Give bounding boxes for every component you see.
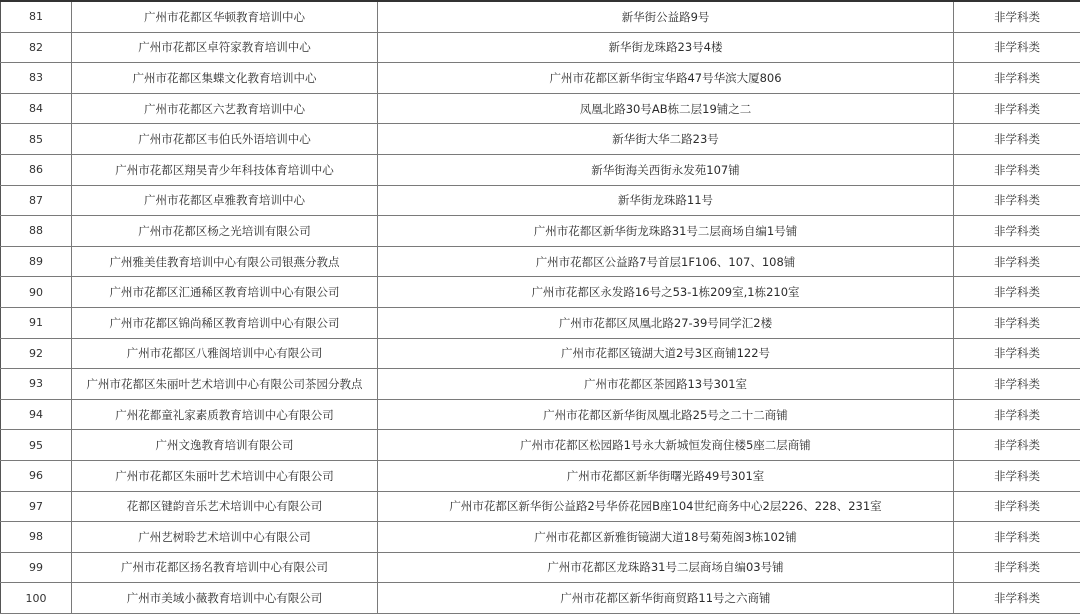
- institution-address: 新华街大华二路23号: [378, 124, 954, 155]
- institution-type: 非学科类: [954, 552, 1080, 583]
- table-row: 81广州市花都区华顿教育培训中心新华街公益路9号非学科类: [1, 2, 1080, 32]
- table-row: 85广州市花都区韦伯氏外语培训中心新华街大华二路23号非学科类: [1, 124, 1080, 155]
- institution-type: 非学科类: [954, 154, 1080, 185]
- institution-type: 非学科类: [954, 277, 1080, 308]
- institution-name: 广州市花都区八雅阁培训中心有限公司: [72, 338, 378, 369]
- row-number: 89: [1, 246, 72, 277]
- institution-type: 非学科类: [954, 583, 1080, 614]
- institution-address: 广州市花都区新华街曙光路49号301室: [378, 460, 954, 491]
- institution-name: 广州市花都区六艺教育培训中心: [72, 93, 378, 124]
- institution-address: 广州市花都区茶园路13号301室: [378, 369, 954, 400]
- row-number: 91: [1, 307, 72, 338]
- row-number: 96: [1, 460, 72, 491]
- institution-type: 非学科类: [954, 216, 1080, 247]
- institution-type: 非学科类: [954, 522, 1080, 553]
- table-row: 89广州雅美佳教育培训中心有限公司银燕分教点广州市花都区公益路7号首层1F106…: [1, 246, 1080, 277]
- institution-address: 新华街公益路9号: [378, 2, 954, 32]
- institution-name: 花都区键韵音乐艺术培训中心有限公司: [72, 491, 378, 522]
- row-number: 97: [1, 491, 72, 522]
- row-number: 90: [1, 277, 72, 308]
- row-number: 88: [1, 216, 72, 247]
- institution-address: 广州市花都区永发路16号之53-1栋209室,1栋210室: [378, 277, 954, 308]
- institution-address: 新华街龙珠路23号4楼: [378, 32, 954, 63]
- row-number: 85: [1, 124, 72, 155]
- institution-name: 广州艺树聆艺术培训中心有限公司: [72, 522, 378, 553]
- institution-type: 非学科类: [954, 338, 1080, 369]
- institution-type: 非学科类: [954, 246, 1080, 277]
- table-row: 92广州市花都区八雅阁培训中心有限公司广州市花都区镜湖大道2号3区商铺122号非…: [1, 338, 1080, 369]
- table-row: 83广州市花都区集蝶文化教育培训中心广州市花都区新华街宝华路47号华滨大厦806…: [1, 63, 1080, 94]
- institution-type: 非学科类: [954, 124, 1080, 155]
- institution-address: 广州市花都区新华街凤凰北路25号之二十二商铺: [378, 399, 954, 430]
- table-row: 93广州市花都区朱丽叶艺术培训中心有限公司茶园分教点广州市花都区茶园路13号30…: [1, 369, 1080, 400]
- row-number: 92: [1, 338, 72, 369]
- table-row: 90广州市花都区汇通稀区教育培训中心有限公司广州市花都区永发路16号之53-1栋…: [1, 277, 1080, 308]
- institution-type: 非学科类: [954, 32, 1080, 63]
- table-row: 82广州市花都区卓符家教育培训中心新华街龙珠路23号4楼非学科类: [1, 32, 1080, 63]
- institution-name: 广州花都童礼家素质教育培训中心有限公司: [72, 399, 378, 430]
- row-number: 83: [1, 63, 72, 94]
- institution-name: 广州雅美佳教育培训中心有限公司银燕分教点: [72, 246, 378, 277]
- row-number: 94: [1, 399, 72, 430]
- institution-type: 非学科类: [954, 460, 1080, 491]
- row-number: 84: [1, 93, 72, 124]
- institution-address: 新华街海关西街永发苑107铺: [378, 154, 954, 185]
- institution-name: 广州市花都区锦尚稀区教育培训中心有限公司: [72, 307, 378, 338]
- institution-address: 广州市花都区镜湖大道2号3区商铺122号: [378, 338, 954, 369]
- row-number: 82: [1, 32, 72, 63]
- institution-name: 广州市花都区汇通稀区教育培训中心有限公司: [72, 277, 378, 308]
- institution-type: 非学科类: [954, 430, 1080, 461]
- table-row: 96广州市花都区朱丽叶艺术培训中心有限公司广州市花都区新华街曙光路49号301室…: [1, 460, 1080, 491]
- table-row: 100广州市美域小薇教育培训中心有限公司广州市花都区新华街商贸路11号之六商铺非…: [1, 583, 1080, 614]
- table-row: 99广州市花都区扬名教育培训中心有限公司广州市花都区龙珠路31号二层商场自编03…: [1, 552, 1080, 583]
- row-number: 99: [1, 552, 72, 583]
- institution-address: 广州市花都区新华街龙珠路31号二层商场自编1号铺: [378, 216, 954, 247]
- institution-name: 广州市花都区朱丽叶艺术培训中心有限公司: [72, 460, 378, 491]
- institution-type: 非学科类: [954, 491, 1080, 522]
- institution-address: 广州市花都区新华街公益路2号华侨花园B座104世纪商务中心2层226、228、2…: [378, 491, 954, 522]
- table-row: 88广州市花都区杨之光培训有限公司广州市花都区新华街龙珠路31号二层商场自编1号…: [1, 216, 1080, 247]
- institutions-table: 81广州市花都区华顿教育培训中心新华街公益路9号非学科类 82广州市花都区卓符家…: [0, 2, 1080, 614]
- institution-address: 广州市花都区新华街商贸路11号之六商铺: [378, 583, 954, 614]
- institution-name: 广州市花都区卓符家教育培训中心: [72, 32, 378, 63]
- institution-name: 广州市花都区扬名教育培训中心有限公司: [72, 552, 378, 583]
- table-row: 91广州市花都区锦尚稀区教育培训中心有限公司广州市花都区凤凰北路27-39号同学…: [1, 307, 1080, 338]
- row-number: 81: [1, 2, 72, 32]
- table-row: 95广州文逸教育培训有限公司广州市花都区松园路1号永大新城恒发商住楼5座二层商铺…: [1, 430, 1080, 461]
- institution-address: 凤凰北路30号AB栋二层19铺之二: [378, 93, 954, 124]
- institution-address: 广州市花都区龙珠路31号二层商场自编03号铺: [378, 552, 954, 583]
- row-number: 87: [1, 185, 72, 216]
- table-row: 84广州市花都区六艺教育培训中心凤凰北路30号AB栋二层19铺之二非学科类: [1, 93, 1080, 124]
- row-number: 95: [1, 430, 72, 461]
- institution-type: 非学科类: [954, 63, 1080, 94]
- institution-type: 非学科类: [954, 399, 1080, 430]
- institution-type: 非学科类: [954, 185, 1080, 216]
- institution-type: 非学科类: [954, 93, 1080, 124]
- table-row: 87广州市花都区卓雅教育培训中心新华街龙珠路11号非学科类: [1, 185, 1080, 216]
- table-row: 98广州艺树聆艺术培训中心有限公司广州市花都区新雅街镜湖大道18号菊苑阁3栋10…: [1, 522, 1080, 553]
- institution-name: 广州市花都区集蝶文化教育培训中心: [72, 63, 378, 94]
- table-row: 97花都区键韵音乐艺术培训中心有限公司广州市花都区新华街公益路2号华侨花园B座1…: [1, 491, 1080, 522]
- institution-address: 广州市花都区新华街宝华路47号华滨大厦806: [378, 63, 954, 94]
- institution-name: 广州市花都区华顿教育培训中心: [72, 2, 378, 32]
- table-body: 81广州市花都区华顿教育培训中心新华街公益路9号非学科类 82广州市花都区卓符家…: [1, 2, 1080, 613]
- institution-name: 广州市花都区朱丽叶艺术培训中心有限公司茶园分教点: [72, 369, 378, 400]
- institution-address: 新华街龙珠路11号: [378, 185, 954, 216]
- row-number: 100: [1, 583, 72, 614]
- institution-name: 广州市花都区杨之光培训有限公司: [72, 216, 378, 247]
- institution-name: 广州市花都区韦伯氏外语培训中心: [72, 124, 378, 155]
- table-row: 94广州花都童礼家素质教育培训中心有限公司广州市花都区新华街凤凰北路25号之二十…: [1, 399, 1080, 430]
- institution-type: 非学科类: [954, 307, 1080, 338]
- row-number: 98: [1, 522, 72, 553]
- institution-address: 广州市花都区新雅街镜湖大道18号菊苑阁3栋102铺: [378, 522, 954, 553]
- institution-type: 非学科类: [954, 2, 1080, 32]
- institution-address: 广州市花都区凤凰北路27-39号同学汇2楼: [378, 307, 954, 338]
- training-institutions-table: 81广州市花都区华顿教育培训中心新华街公益路9号非学科类 82广州市花都区卓符家…: [0, 0, 1080, 614]
- row-number: 93: [1, 369, 72, 400]
- institution-name: 广州文逸教育培训有限公司: [72, 430, 378, 461]
- institution-name: 广州市花都区卓雅教育培训中心: [72, 185, 378, 216]
- institution-type: 非学科类: [954, 369, 1080, 400]
- institution-address: 广州市花都区公益路7号首层1F106、107、108铺: [378, 246, 954, 277]
- institution-name: 广州市花都区翔昊青少年科技体育培训中心: [72, 154, 378, 185]
- institution-address: 广州市花都区松园路1号永大新城恒发商住楼5座二层商铺: [378, 430, 954, 461]
- institution-name: 广州市美域小薇教育培训中心有限公司: [72, 583, 378, 614]
- table-row: 86广州市花都区翔昊青少年科技体育培训中心新华街海关西街永发苑107铺非学科类: [1, 154, 1080, 185]
- row-number: 86: [1, 154, 72, 185]
